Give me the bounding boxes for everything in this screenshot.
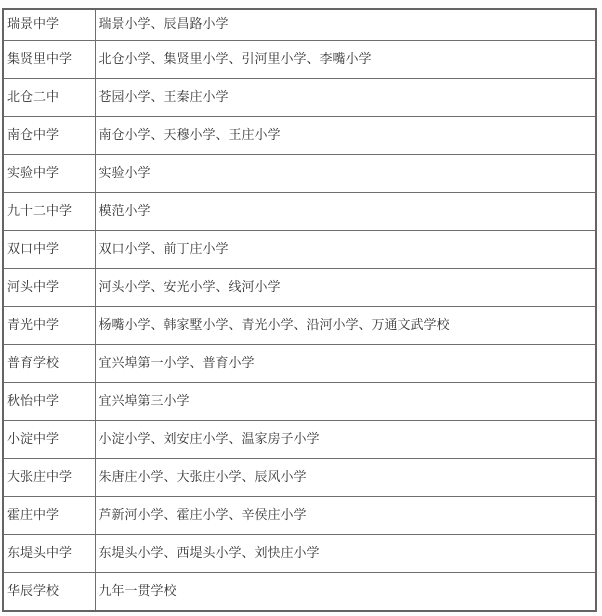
table-row: 东堤头中学东堤头小学、西堤头小学、刘快庄小学 xyxy=(3,535,596,573)
table-row: 瑞景中学瑞景小学、辰昌路小学 xyxy=(3,9,596,41)
school-table-body: 瑞景中学瑞景小学、辰昌路小学集贤里中学北仓小学、集贤里小学、引河里小学、李嘴小学… xyxy=(3,9,596,611)
middle-school-cell: 大张庄中学 xyxy=(3,459,95,497)
middle-school-cell: 秋怡中学 xyxy=(3,383,95,421)
middle-school-cell: 北仓二中 xyxy=(3,79,95,117)
primary-schools-cell: 瑞景小学、辰昌路小学 xyxy=(95,9,596,41)
primary-schools-cell: 南仓小学、天穆小学、王庄小学 xyxy=(95,117,596,155)
primary-schools-cell: 模范小学 xyxy=(95,193,596,231)
middle-school-cell: 华辰学校 xyxy=(3,573,95,612)
middle-school-cell: 小淀中学 xyxy=(3,421,95,459)
middle-school-cell: 东堤头中学 xyxy=(3,535,95,573)
table-row: 霍庄中学芦新河小学、霍庄小学、辛侯庄小学 xyxy=(3,497,596,535)
table-row: 河头中学河头小学、安光小学、线河小学 xyxy=(3,269,596,307)
primary-schools-cell: 小淀小学、刘安庄小学、温家房子小学 xyxy=(95,421,596,459)
table-row: 北仓二中苍园小学、王秦庄小学 xyxy=(3,79,596,117)
primary-schools-cell: 宜兴埠第一小学、普育小学 xyxy=(95,345,596,383)
primary-schools-cell: 东堤头小学、西堤头小学、刘快庄小学 xyxy=(95,535,596,573)
primary-schools-cell: 苍园小学、王秦庄小学 xyxy=(95,79,596,117)
table-row: 南仓中学南仓小学、天穆小学、王庄小学 xyxy=(3,117,596,155)
table-row: 九十二中学模范小学 xyxy=(3,193,596,231)
primary-schools-cell: 北仓小学、集贤里小学、引河里小学、李嘴小学 xyxy=(95,41,596,79)
table-row: 大张庄中学朱唐庄小学、大张庄小学、辰风小学 xyxy=(3,459,596,497)
table-row: 普育学校宜兴埠第一小学、普育小学 xyxy=(3,345,596,383)
primary-schools-cell: 宜兴埠第三小学 xyxy=(95,383,596,421)
middle-school-cell: 南仓中学 xyxy=(3,117,95,155)
middle-school-cell: 河头中学 xyxy=(3,269,95,307)
table-row: 集贤里中学北仓小学、集贤里小学、引河里小学、李嘴小学 xyxy=(3,41,596,79)
table-row: 秋怡中学宜兴埠第三小学 xyxy=(3,383,596,421)
table-row: 双口中学双口小学、前丁庄小学 xyxy=(3,231,596,269)
middle-school-cell: 双口中学 xyxy=(3,231,95,269)
primary-schools-cell: 九年一贯学校 xyxy=(95,573,596,612)
middle-school-cell: 霍庄中学 xyxy=(3,497,95,535)
primary-schools-cell: 芦新河小学、霍庄小学、辛侯庄小学 xyxy=(95,497,596,535)
table-row: 小淀中学小淀小学、刘安庄小学、温家房子小学 xyxy=(3,421,596,459)
primary-schools-cell: 实验小学 xyxy=(95,155,596,193)
middle-school-cell: 实验中学 xyxy=(3,155,95,193)
table-row: 实验中学实验小学 xyxy=(3,155,596,193)
middle-school-cell: 九十二中学 xyxy=(3,193,95,231)
table-row: 华辰学校九年一贯学校 xyxy=(3,573,596,612)
school-assignment-table: 瑞景中学瑞景小学、辰昌路小学集贤里中学北仓小学、集贤里小学、引河里小学、李嘴小学… xyxy=(2,8,597,612)
middle-school-cell: 青光中学 xyxy=(3,307,95,345)
middle-school-cell: 普育学校 xyxy=(3,345,95,383)
primary-schools-cell: 双口小学、前丁庄小学 xyxy=(95,231,596,269)
middle-school-cell: 瑞景中学 xyxy=(3,9,95,41)
middle-school-cell: 集贤里中学 xyxy=(3,41,95,79)
primary-schools-cell: 杨嘴小学、韩家墅小学、青光小学、沿河小学、万通文武学校 xyxy=(95,307,596,345)
table-row: 青光中学杨嘴小学、韩家墅小学、青光小学、沿河小学、万通文武学校 xyxy=(3,307,596,345)
primary-schools-cell: 朱唐庄小学、大张庄小学、辰风小学 xyxy=(95,459,596,497)
primary-schools-cell: 河头小学、安光小学、线河小学 xyxy=(95,269,596,307)
